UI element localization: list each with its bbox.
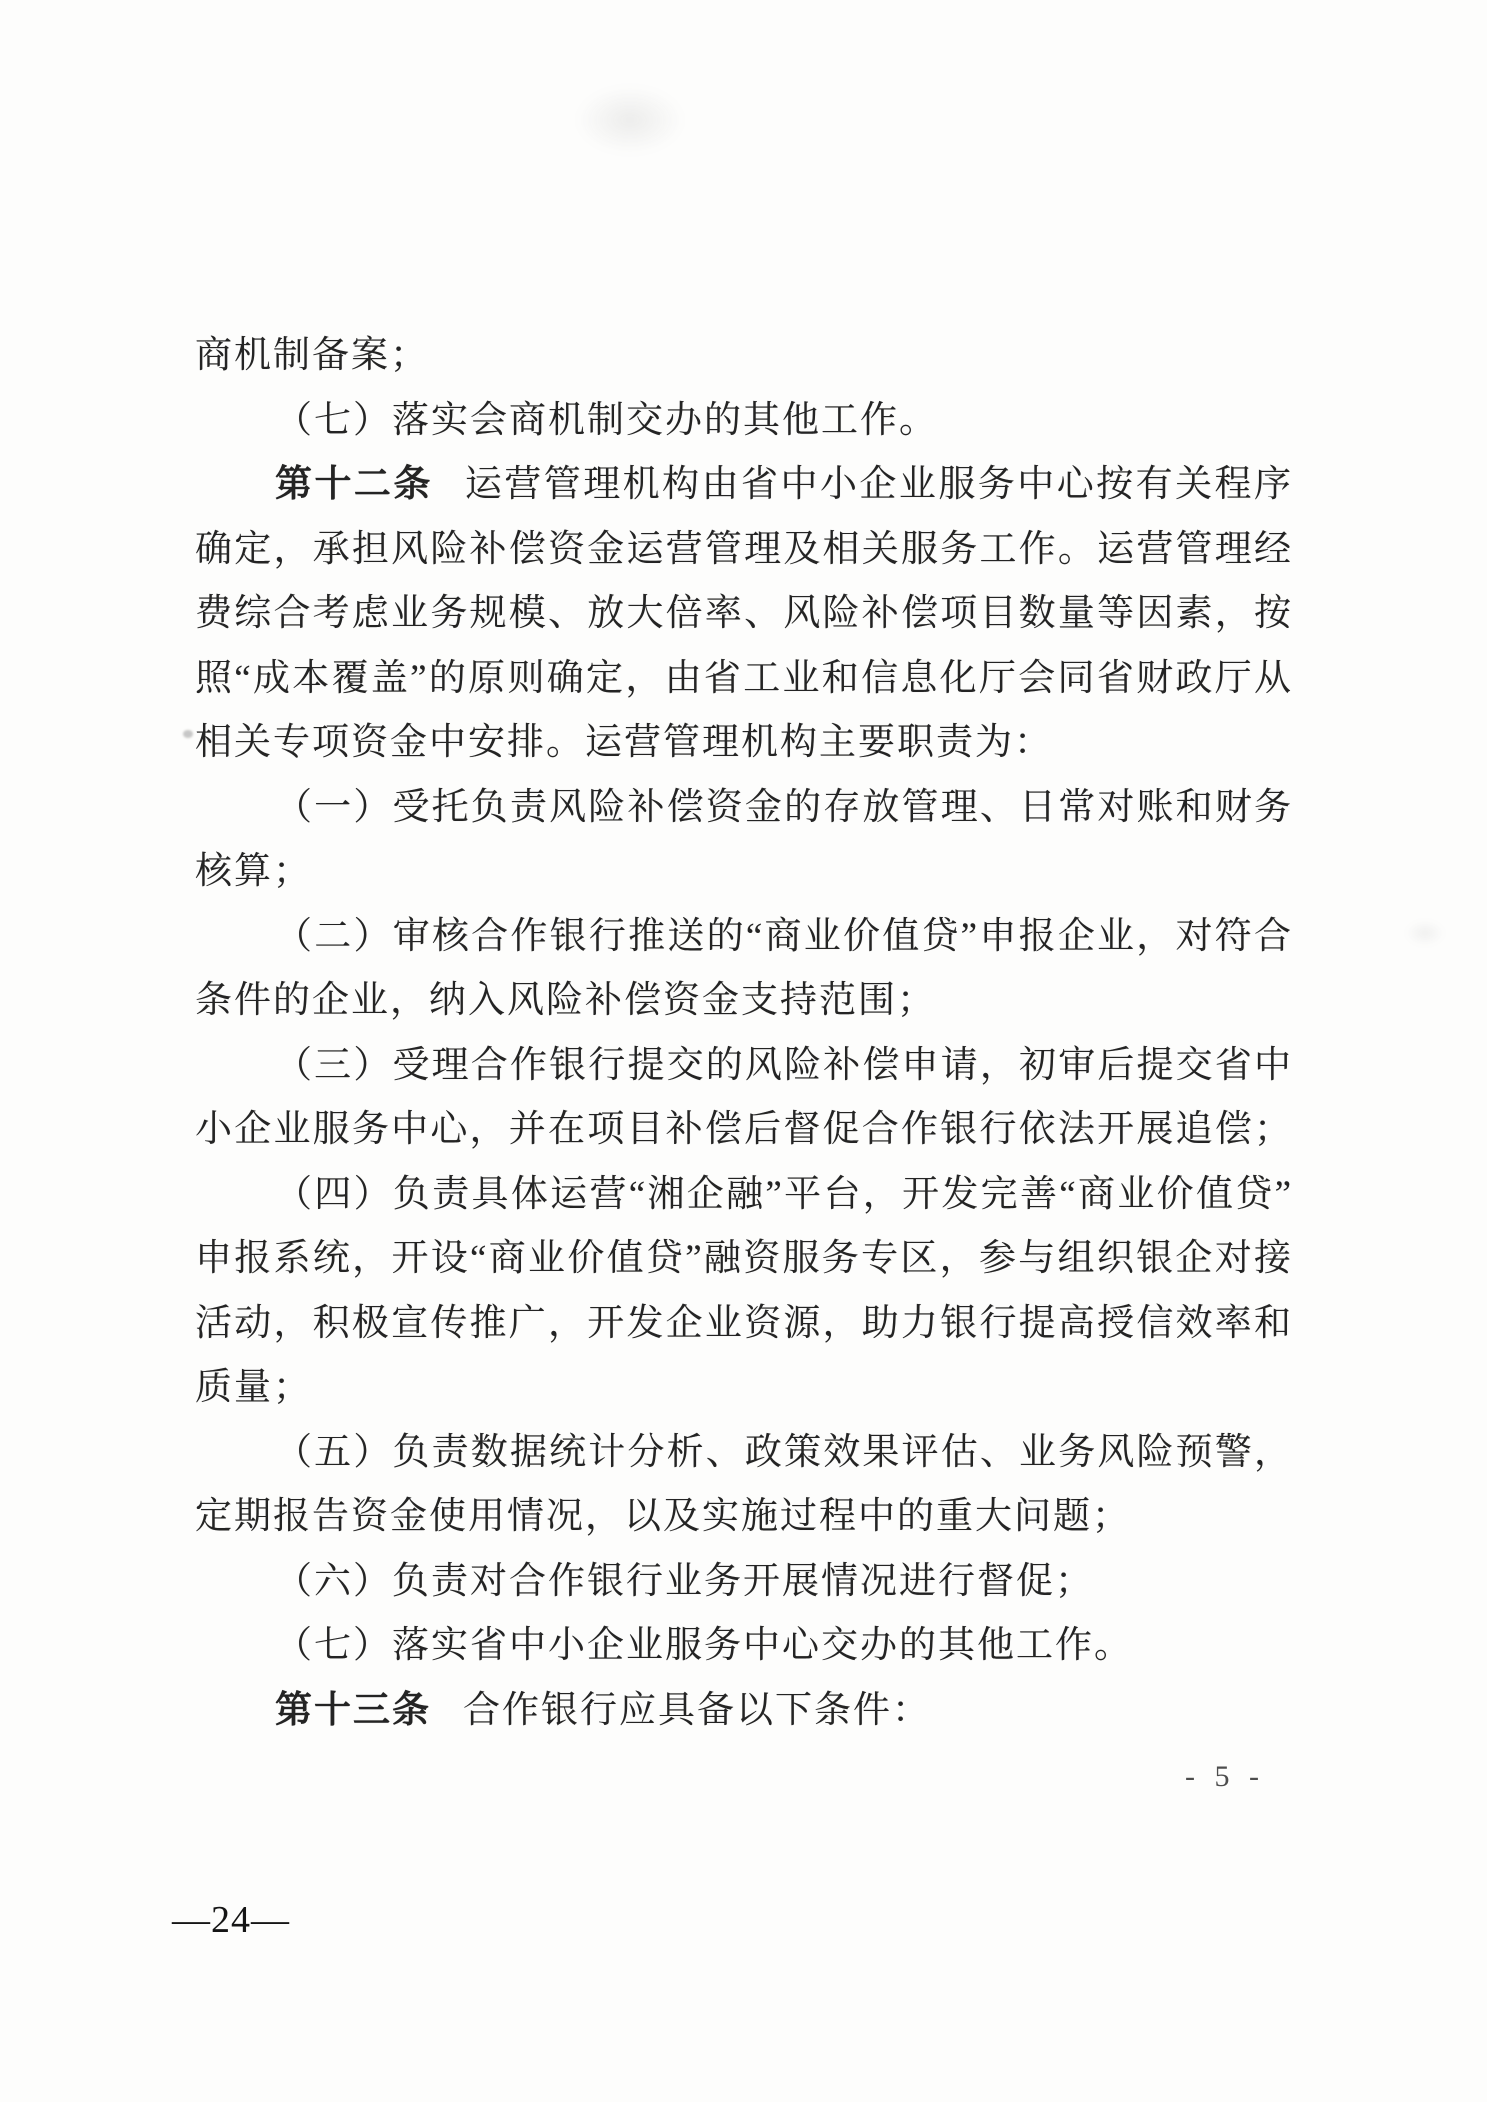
text-line: 照“成本覆盖”的原则确定，由省工业和信息化厅会同省财政厅从 <box>195 647 1293 712</box>
text-line: （一）受托负责风险补偿资金的存放管理、日常对账和财务 <box>195 776 1293 841</box>
text-line: （七）落实会商机制交办的其他工作。 <box>195 389 1293 454</box>
text-line: （四）负责具体运营“湘企融”平台，开发完善“商业价值贷” <box>195 1163 1293 1228</box>
line-text: （七）落实省中小企业服务中心交办的其他工作。 <box>275 1625 1133 1666</box>
text-line: （二）审核合作银行推送的“商业价值贷”申报企业，对符合 <box>195 905 1293 970</box>
scan-smudge <box>183 730 193 738</box>
document-body: 商机制备案；（七）落实会商机制交办的其他工作。第十二条运营管理机构由省中小企业服… <box>195 324 1293 1743</box>
page-marker: - 5 - <box>1185 1760 1315 1794</box>
text-line: 申报系统，开设“商业价值贷”融资服务专区，参与组织银企对接 <box>195 1227 1293 1292</box>
text-line: 小企业服务中心，并在项目补偿后督促合作银行依法开展追偿； <box>195 1098 1293 1163</box>
page-number: —24— <box>172 1898 290 1942</box>
line-text: 条件的企业，纳入风险补偿资金支持范围； <box>195 980 936 1021</box>
text-line: 条件的企业，纳入风险补偿资金支持范围； <box>195 969 1293 1034</box>
line-text: 质量； <box>195 1367 312 1408</box>
line-text: 核算； <box>195 851 312 892</box>
line-text: 活动，积极宣传推广，开发企业资源，助力银行提高授信效率和 <box>195 1303 1293 1344</box>
line-text: （五）负责数据统计分析、政策效果评估、业务风险预警， <box>275 1432 1293 1473</box>
line-text: （三）受理合作银行提交的风险补偿申请，初审后提交省中 <box>275 1045 1293 1086</box>
text-line: （五）负责数据统计分析、政策效果评估、业务风险预警， <box>195 1421 1293 1486</box>
line-text: （二）审核合作银行推送的“商业价值贷”申报企业，对符合 <box>275 916 1293 957</box>
text-line: 商机制备案； <box>195 324 1293 389</box>
line-text: 定期报告资金使用情况，以及实施过程中的重大问题； <box>195 1496 1131 1537</box>
line-text: （一）受托负责风险补偿资金的存放管理、日常对账和财务 <box>275 787 1293 828</box>
text-line: 核算； <box>195 840 1293 905</box>
line-text: 小企业服务中心，并在项目补偿后督促合作银行依法开展追偿； <box>195 1109 1293 1150</box>
document-page: 商机制备案；（七）落实会商机制交办的其他工作。第十二条运营管理机构由省中小企业服… <box>0 0 1487 2102</box>
line-text: 照“成本覆盖”的原则确定，由省工业和信息化厅会同省财政厅从 <box>195 658 1293 699</box>
line-text: （七）落实会商机制交办的其他工作。 <box>275 400 938 441</box>
text-line: 定期报告资金使用情况，以及实施过程中的重大问题； <box>195 1485 1293 1550</box>
line-text: 申报系统，开设“商业价值贷”融资服务专区，参与组织银企对接 <box>195 1238 1293 1279</box>
line-text: （六）负责对合作银行业务开展情况进行督促； <box>275 1561 1094 1602</box>
text-line: 第十三条合作银行应具备以下条件： <box>195 1679 1293 1744</box>
text-line: （七）落实省中小企业服务中心交办的其他工作。 <box>195 1614 1293 1679</box>
text-line: （三）受理合作银行提交的风险补偿申请，初审后提交省中 <box>195 1034 1293 1099</box>
text-line: 质量； <box>195 1356 1293 1421</box>
line-text: 确定，承担风险补偿资金运营管理及相关服务工作。运营管理经 <box>195 529 1293 570</box>
scan-smudge <box>575 85 685 155</box>
line-text: 费综合考虑业务规模、放大倍率、风险补偿项目数量等因素，按 <box>195 593 1293 634</box>
line-text: （四）负责具体运营“湘企融”平台，开发完善“商业价值贷” <box>275 1174 1293 1215</box>
text-line: 活动，积极宣传推广，开发企业资源，助力银行提高授信效率和 <box>195 1292 1293 1357</box>
text-line: 第十二条运营管理机构由省中小企业服务中心按有关程序 <box>195 453 1293 518</box>
scan-smudge <box>1405 920 1445 946</box>
text-line: （六）负责对合作银行业务开展情况进行督促； <box>195 1550 1293 1615</box>
line-text: 商机制备案； <box>195 335 429 376</box>
line-text: 运营管理机构由省中小企业服务中心按有关程序 <box>465 464 1293 505</box>
article-number: 第十三条 <box>275 1690 431 1731</box>
line-text: 相关专项资金中安排。运营管理机构主要职责为： <box>195 722 1053 763</box>
text-line: 费综合考虑业务规模、放大倍率、风险补偿项目数量等因素，按 <box>195 582 1293 647</box>
text-line: 相关专项资金中安排。运营管理机构主要职责为： <box>195 711 1293 776</box>
article-number: 第十二条 <box>275 464 433 505</box>
line-text: 合作银行应具备以下条件： <box>463 1690 931 1731</box>
text-line: 确定，承担风险补偿资金运营管理及相关服务工作。运营管理经 <box>195 518 1293 583</box>
